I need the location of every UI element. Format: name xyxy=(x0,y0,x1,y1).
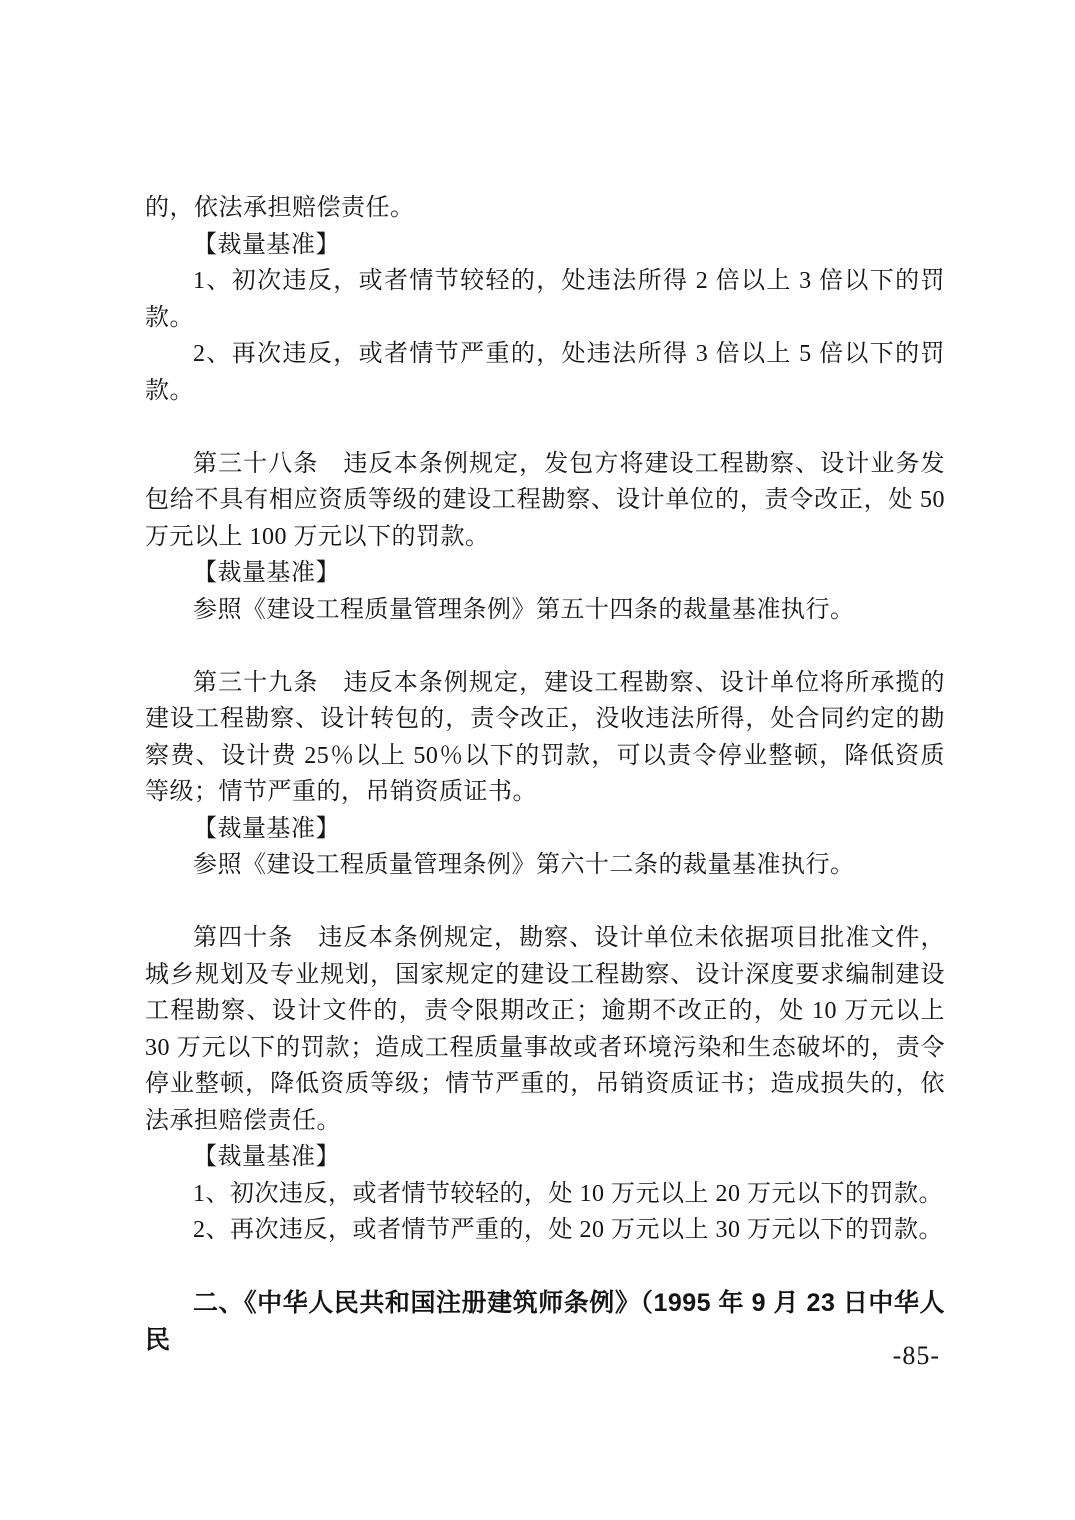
text-line: 城乡规划及专业规划，国家规定的建设工程勘察、设计深度要求编制建设 xyxy=(145,957,945,994)
article-38-first-line: 第三十八条 违反本条例规定，发包方将建设工程勘察、设计业务发 xyxy=(145,446,945,483)
text-line: 建设工程勘察、设计转包的，责令改正，没收违法所得，处合同约定的勘 xyxy=(145,701,945,738)
text-line: 1、初次违反，或者情节较轻的，处违法所得 2 倍以上 3 倍以下的罚 xyxy=(145,263,945,300)
bracket-label-line: 【裁量基准】 xyxy=(145,1139,945,1176)
text-line: 的，依法承担赔偿责任。 xyxy=(145,190,945,227)
article-40-first-line: 第四十条 违反本条例规定，勘察、设计单位未依据项目批准文件， xyxy=(145,920,945,957)
document-page: 的，依法承担赔偿责任。 【裁量基准】 1、初次违反，或者情节较轻的，处违法所得 … xyxy=(0,0,1075,1520)
page-number: -85- xyxy=(893,1338,940,1375)
text-line: 参照《建设工程质量管理条例》第五十四条的裁量基准执行。 xyxy=(145,592,945,629)
document-body: 的，依法承担赔偿责任。 【裁量基准】 1、初次违反，或者情节较轻的，处违法所得 … xyxy=(145,190,945,1358)
text-line: 款。 xyxy=(145,373,945,410)
blank-line xyxy=(145,884,945,921)
text-line: 参照《建设工程质量管理条例》第六十二条的裁量基准执行。 xyxy=(145,847,945,884)
blank-line xyxy=(145,409,945,446)
bracket-label-line: 【裁量基准】 xyxy=(145,227,945,264)
text-line: 法承担赔偿责任。 xyxy=(145,1103,945,1140)
text-line: 停业整顿，降低资质等级；情节严重的，吊销资质证书；造成损失的，依 xyxy=(145,1066,945,1103)
text-line: 2、再次违反，或者情节严重的，处违法所得 3 倍以上 5 倍以下的罚 xyxy=(145,336,945,373)
blank-line xyxy=(145,628,945,665)
text-line: 包给不具有相应资质等级的建设工程勘察、设计单位的，责令改正，处 50 xyxy=(145,482,945,519)
bracket-label-line: 【裁量基准】 xyxy=(145,555,945,592)
text-line: 工程勘察、设计文件的，责令限期改正；逾期不改正的，处 10 万元以上 xyxy=(145,993,945,1030)
article-39-first-line: 第三十九条 违反本条例规定，建设工程勘察、设计单位将所承揽的 xyxy=(145,665,945,702)
text-line: 万元以上 100 万元以下的罚款。 xyxy=(145,519,945,556)
text-line: 2、再次违反，或者情节严重的，处 20 万元以上 30 万元以下的罚款。 xyxy=(145,1212,945,1249)
text-line: 1、初次违反，或者情节较轻的，处 10 万元以上 20 万元以下的罚款。 xyxy=(145,1176,945,1213)
section-heading: 二、《中华人民共和国注册建筑师条例》（1995 年 9 月 23 日中华人民 xyxy=(145,1285,945,1358)
text-line: 款。 xyxy=(145,300,945,337)
text-line: 等级；情节严重的，吊销资质证书。 xyxy=(145,774,945,811)
blank-line xyxy=(145,1249,945,1286)
bracket-label-line: 【裁量基准】 xyxy=(145,811,945,848)
text-line: 察费、设计费 25％以上 50％以下的罚款，可以责令停业整顿，降低资质 xyxy=(145,738,945,775)
text-line: 30 万元以下的罚款；造成工程质量事故或者环境污染和生态破坏的，责令 xyxy=(145,1030,945,1067)
